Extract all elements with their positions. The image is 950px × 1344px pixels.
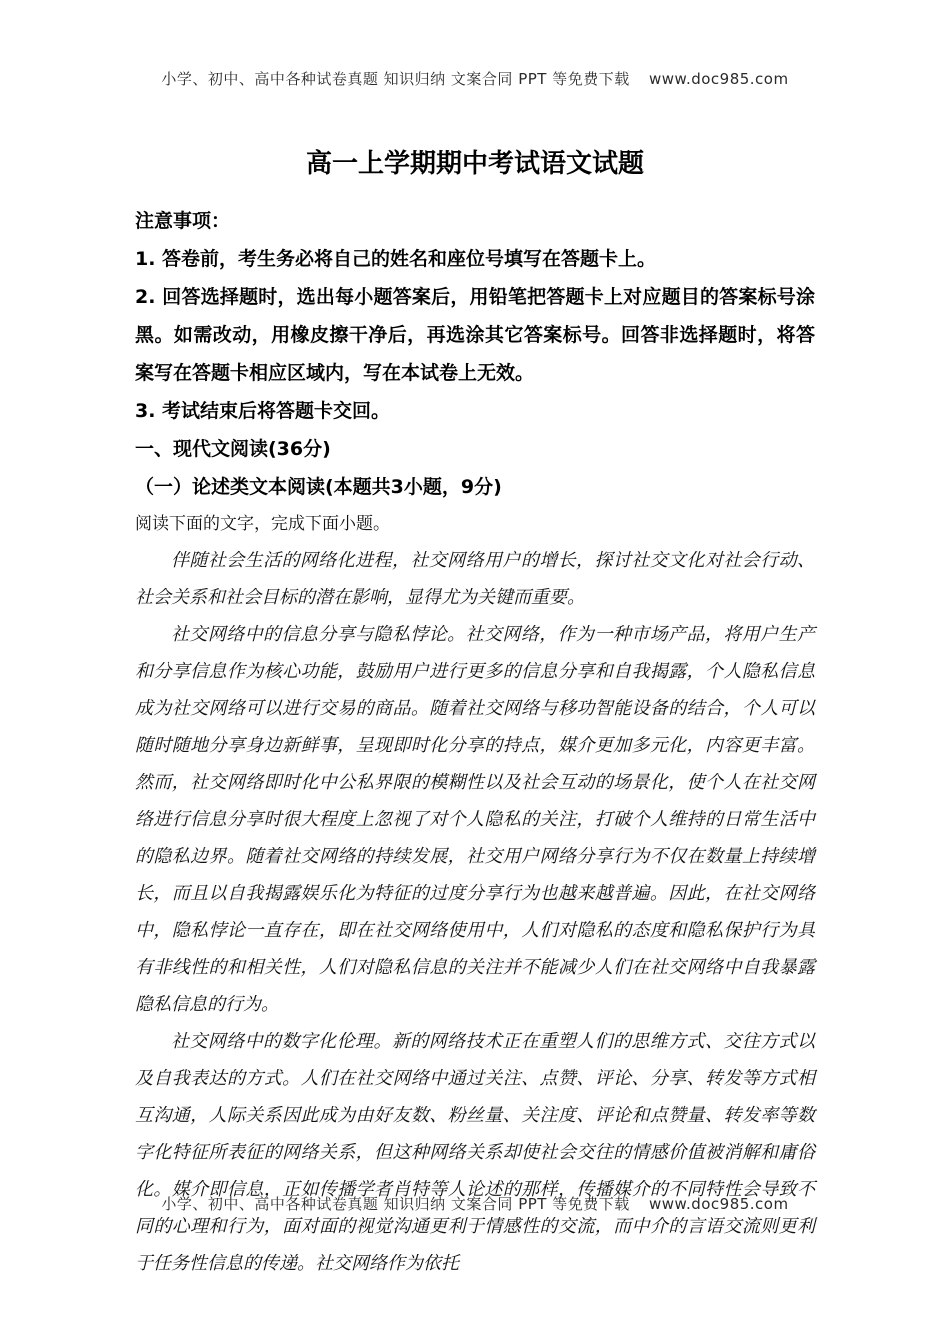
notice-heading: 注意事项： xyxy=(135,202,815,240)
header-watermark-text: 小学、初中、高中各种试卷真题 知识归纳 文案合同 PPT 等免费下载 xyxy=(161,70,629,88)
notice-item-1: 1. 答卷前，考生务必将自己的姓名和座位号填写在答题卡上。 xyxy=(135,240,815,278)
passage-paragraph-3: 社交网络中的数字化伦理。新的网络技术正在重塑人们的思维方式、交往方式以及自我表达… xyxy=(135,1023,815,1282)
footer-watermark-text: 小学、初中、高中各种试卷真题 知识归纳 文案合同 PPT 等免费下载 xyxy=(161,1195,629,1213)
footer-watermark-link[interactable]: www.doc985.com xyxy=(649,1195,789,1213)
header-watermark-link[interactable]: www.doc985.com xyxy=(649,70,789,88)
section-heading-modern-reading: 一、现代文阅读(36分) xyxy=(135,430,815,468)
passage-paragraph-1: 伴随社会生活的网络化进程，社交网络用户的增长，探讨社交文化对社会行动、社会关系和… xyxy=(135,542,815,616)
footer-watermark: 小学、初中、高中各种试卷真题 知识归纳 文案合同 PPT 等免费下载 www.d… xyxy=(0,1193,950,1214)
document-page: 小学、初中、高中各种试卷真题 知识归纳 文案合同 PPT 等免费下载 www.d… xyxy=(0,0,950,1344)
notice-item-2: 2. 回答选择题时，选出每小题答案后，用铅笔把答题卡上对应题目的答案标号涂黑。如… xyxy=(135,278,815,392)
document-body: 高一上学期期中考试语文试题 注意事项： 1. 答卷前，考生务必将自己的姓名和座位… xyxy=(135,142,815,1282)
exam-title: 高一上学期期中考试语文试题 xyxy=(135,142,815,186)
passage-paragraph-2: 社交网络中的信息分享与隐私悖论。社交网络，作为一种市场产品，将用户生产和分享信息… xyxy=(135,616,815,1023)
header-watermark: 小学、初中、高中各种试卷真题 知识归纳 文案合同 PPT 等免费下载 www.d… xyxy=(0,68,950,89)
reading-instruction: 阅读下面的文字，完成下面小题。 xyxy=(135,506,815,542)
subsection-heading-argumentative-reading: （一）论述类文本阅读(本题共3小题，9分) xyxy=(135,468,815,506)
notice-item-3: 3. 考试结束后将答题卡交回。 xyxy=(135,392,815,430)
